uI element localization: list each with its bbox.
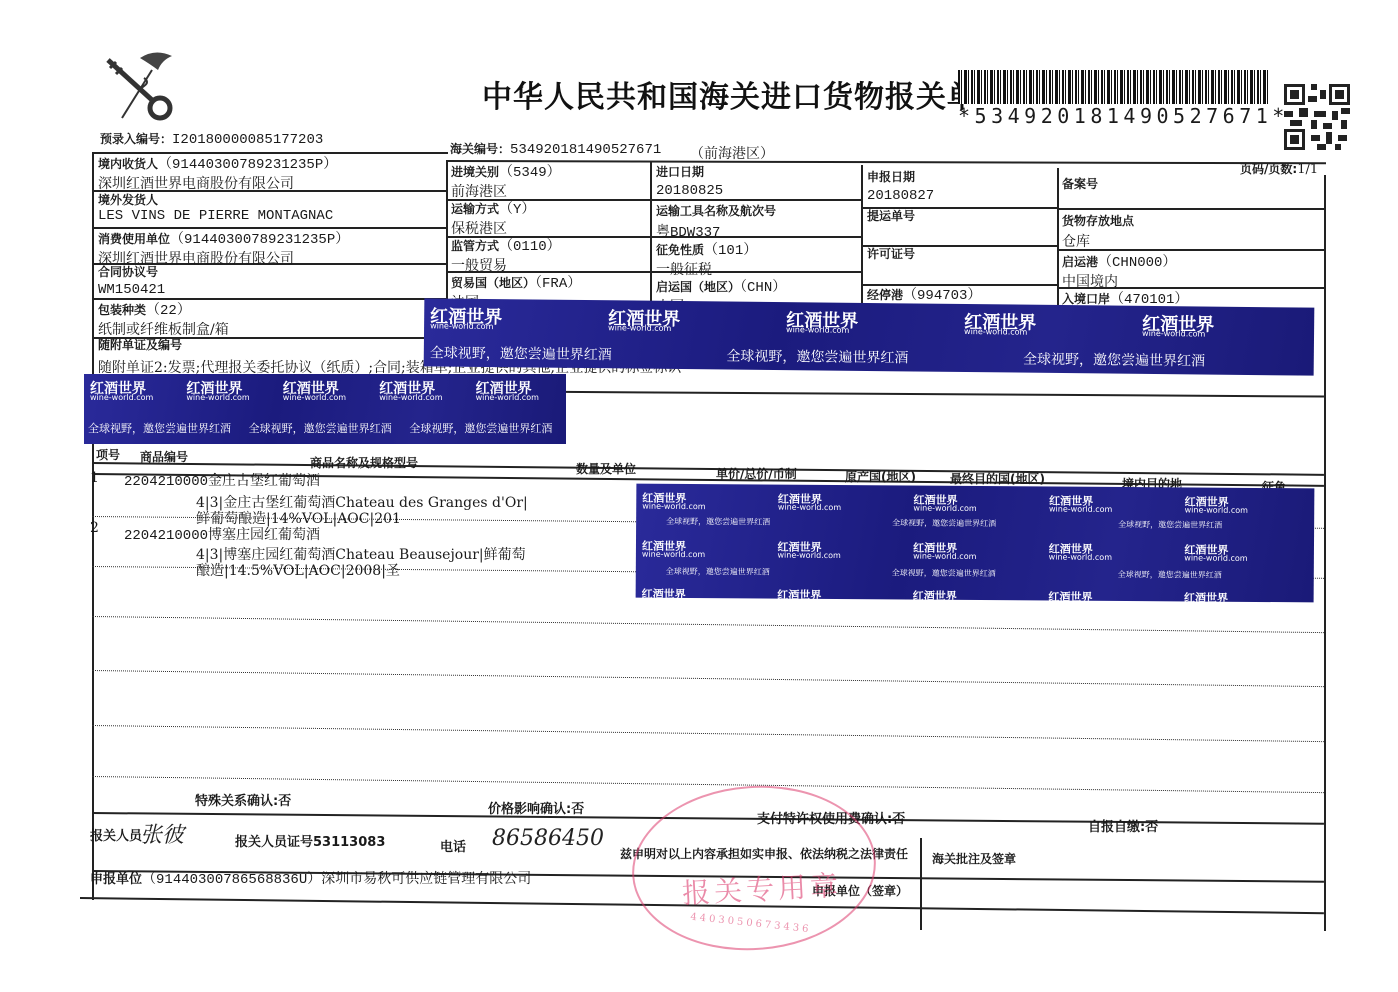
declarer-name: 深圳市易秋可供应链管理有限公司 — [321, 871, 531, 887]
departure-country-code: （CHN） — [740, 280, 786, 296]
declarant-label: 报关人员 — [90, 825, 142, 844]
consignee-field: 境内收货人（91440300789231235P） 深圳红酒世界电商股份有限公司 — [98, 153, 337, 193]
watermark-site: wine-world.com — [777, 599, 840, 603]
watermark-site: wine-world.com — [964, 327, 1027, 337]
pre-entry-number: 预录入编号：I20180000085177203 — [100, 130, 323, 148]
watermark-slogan: 全球视野，邀您尝遍世界红酒 — [666, 516, 770, 528]
customs-emblem-icon — [100, 48, 180, 126]
watermark-logo: 红酒世界 — [777, 587, 821, 603]
package-type-code: （22） — [146, 303, 191, 319]
supervision-label: 监管方式 — [451, 239, 499, 253]
departure-port-label: 启运港 — [1062, 255, 1098, 269]
entry-customs-field: 进境关别（5349） 前海港区 — [451, 161, 561, 201]
departure-port-code: （CHN000） — [1098, 255, 1176, 271]
watermark-slogan: 全球视野，邀您尝遍世界红酒 — [666, 566, 770, 578]
watermark-site: wine-world.com — [283, 393, 346, 402]
record-no-field: 备案号 — [1062, 175, 1098, 192]
contract-no-field: 合同协议号 WM150421 — [98, 263, 165, 298]
watermark-site: wine-world.com — [430, 321, 493, 331]
trade-country-label: 贸易国（地区） — [451, 276, 535, 290]
watermark-slogan: 全球视野，邀您尝遍世界红酒 — [430, 342, 612, 364]
declarant-signature: 张彼 — [140, 818, 184, 849]
customs-no-value: 534920181490527671 — [510, 142, 661, 158]
vessel-label: 运输工具名称及航次号 — [656, 202, 776, 219]
levy-nature-code: （101） — [704, 243, 757, 259]
import-date-label: 进口日期 — [656, 163, 723, 180]
watermark-site: wine-world.com — [186, 393, 249, 402]
bill-no-label: 提运单号 — [867, 207, 915, 224]
col-header-quantity: 数量及单位 — [576, 460, 636, 477]
transport-mode-label: 运输方式 — [451, 202, 499, 216]
qr-code-icon — [1284, 84, 1350, 150]
levy-nature-label: 征免性质 — [656, 243, 704, 257]
contract-no-value: WM150421 — [98, 282, 165, 298]
import-date-field: 进口日期 20180825 — [656, 163, 723, 199]
watermark-slogan: 全球视野，邀您尝遍世界红酒 — [249, 420, 392, 436]
watermark-logo: 红酒世界 — [642, 586, 686, 602]
watermark-slogan: 全球视野，邀您尝遍世界红酒 — [1118, 519, 1222, 531]
row-hs-code: 2204210000 — [124, 528, 208, 544]
declare-date-value: 20180827 — [867, 188, 934, 204]
customs-number: 海关编号：534920181490527671 — [450, 140, 661, 158]
watermark-site: wine-world.com — [1049, 505, 1112, 514]
watermark-site: wine-world.com — [1185, 505, 1248, 514]
row-spec-line2: 酿造|14.5%VOL|AOC|2008|圣 — [196, 560, 400, 580]
bill-no-field: 提运单号 — [867, 207, 915, 224]
watermark-slogan: 全球视野，邀您尝遍世界红酒 — [726, 346, 908, 368]
phone-handwritten: 86586450 — [492, 826, 604, 851]
declarant-cert-no: 报关人员证号53113083 — [235, 831, 385, 850]
consumer-label: 消费使用单位 — [98, 232, 170, 246]
license-no-field: 许可证号 — [867, 245, 915, 262]
watermark-slogan: 全球视野，邀您尝遍世界红酒 — [88, 420, 231, 436]
customs-approval-label: 海关批注及签章 — [932, 850, 1016, 867]
row-item-no: 1 — [90, 470, 99, 486]
declarer-field: 申报单位（91440300786568836U）深圳市易秋可供应链管理有限公司 — [90, 868, 531, 888]
pre-entry-value: I20180000085177203 — [172, 132, 323, 148]
declarer-code: （91440300786568836U） — [142, 872, 321, 888]
customs-no-label: 海关编号： — [450, 142, 510, 156]
vessel-value: 粤BDW337 — [656, 221, 776, 241]
col-header-price: 单价/总价/币制 — [716, 465, 797, 482]
transport-mode-code: （Y） — [499, 202, 535, 218]
consumer-code: （91440300789231235P） — [170, 232, 349, 248]
consignee-code: （91440300789231235P） — [158, 157, 337, 173]
barcode-text: *534920181490527671* — [958, 104, 1289, 128]
watermark-site: wine-world.com — [913, 504, 976, 513]
stop-port-label: 经停港 — [867, 288, 903, 302]
watermark-slogan: 全球视野，邀您尝遍世界红酒 — [892, 567, 996, 579]
watermark-slogan: 全球视野，邀您尝遍世界红酒 — [892, 517, 996, 529]
record-no-label: 备案号 — [1062, 175, 1098, 192]
watermark-site: wine-world.com — [1142, 329, 1205, 339]
vessel-field: 运输工具名称及航次号 粤BDW337 — [656, 202, 776, 241]
pre-entry-label: 预录入编号： — [100, 132, 172, 146]
levy-nature-field: 征免性质（101） 一般征税 — [656, 239, 757, 279]
watermark-site: wine-world.com — [786, 325, 849, 335]
watermark-logo: 红酒世界 — [1184, 589, 1228, 602]
watermark-site: wine-world.com — [642, 550, 705, 559]
transport-mode-field: 运输方式（Y） 保税港区 — [451, 198, 535, 238]
package-type-label: 包装种类 — [98, 303, 146, 317]
col-header-name-spec: 商品名称及规格型号 — [310, 454, 418, 471]
entry-customs-code: （5349） — [499, 165, 561, 181]
col-header-hs-code: 商品编号 — [140, 448, 188, 465]
watermark-site: wine-world.com — [1184, 601, 1247, 602]
package-type-field: 包装种类（22） 纸制或纤维板制盒/箱 — [98, 299, 229, 339]
watermark-site: wine-world.com — [379, 393, 442, 402]
supervision-code: （0110） — [499, 239, 561, 255]
contract-no-label: 合同协议号 — [98, 263, 165, 280]
price-influence-confirm: 价格影响确认:否 — [488, 798, 584, 817]
watermark-site: wine-world.com — [90, 393, 153, 402]
watermark-site: wine-world.com — [913, 552, 976, 561]
import-date-value: 20180825 — [656, 183, 723, 199]
row-hs-code: 2204210000 — [124, 474, 208, 490]
declare-date-label: 申报日期 — [867, 168, 934, 185]
page-label: 页码/页数: — [1240, 162, 1297, 176]
watermark-logo: 红酒世界 — [913, 588, 957, 603]
watermark-site: wine-world.com — [608, 323, 671, 333]
storage-label: 货物存放地点 — [1062, 212, 1134, 229]
watermark-slogan: 全球视野，邀您尝遍世界红酒 — [1023, 349, 1205, 371]
watermark-site: wine-world.com — [642, 502, 705, 511]
consignee-label: 境内收货人 — [98, 157, 158, 171]
col-header-item: 项号 — [96, 446, 120, 463]
watermark-site: wine-world.com — [642, 598, 705, 603]
watermark-site: wine-world.com — [1048, 601, 1111, 603]
watermark-banner: 红酒世界wine-world.com红酒世界wine-world.com红酒世界… — [84, 374, 566, 444]
watermark-slogan: 全球视野，邀您尝遍世界红酒 — [1118, 569, 1222, 581]
entry-port-label: 入境口岸 — [1062, 292, 1110, 306]
col-header-destination-country: 最终目的国(地区) — [950, 470, 1045, 487]
row-item-no: 2 — [90, 520, 99, 536]
watermark-site: wine-world.com — [476, 393, 539, 402]
overseas-consignor-field: 境外发货人 LES VINS DE PIERRE MONTAGNAC — [98, 191, 333, 224]
consumer-field: 消费使用单位（91440300789231235P） 深圳红酒世界电商股份有限公… — [98, 228, 349, 268]
watermark-site: wine-world.com — [777, 551, 840, 560]
page-value: 1/1 — [1297, 162, 1318, 177]
phone-label: 电话 — [440, 836, 466, 855]
supervision-field: 监管方式（0110） 一般贸易 — [451, 235, 561, 275]
row-product-name: 博塞庄园红葡萄酒 — [208, 527, 320, 543]
col-header-origin: 原产国(地区) — [845, 468, 916, 485]
watermark-site: wine-world.com — [1049, 553, 1112, 562]
trade-country-code: （FRA） — [535, 276, 581, 292]
consignee-value: 深圳红酒世界电商股份有限公司 — [98, 173, 337, 193]
declare-date-field: 申报日期 20180827 — [867, 168, 934, 204]
row-product-name: 金庄古堡红葡萄酒 — [208, 473, 320, 489]
watermark-site: wine-world.com — [778, 503, 841, 512]
barcode — [958, 70, 1268, 104]
departure-country-label: 启运国（地区） — [656, 280, 740, 294]
overseas-consignor-label: 境外发货人 — [98, 191, 333, 208]
stop-port-code: （994703） — [903, 288, 981, 304]
departure-port-field: 启运港（CHN000） 中国境内 — [1062, 251, 1176, 291]
overseas-consignor-value: LES VINS DE PIERRE MONTAGNAC — [98, 208, 333, 224]
watermark-slogan: 全球视野，邀您尝遍世界红酒 — [409, 420, 552, 436]
watermark-site: wine-world.com — [913, 600, 976, 603]
self-report-confirm: 自报自缴:否 — [1088, 816, 1158, 835]
watermark-banner: 红酒世界wine-world.com红酒世界wine-world.com红酒世界… — [424, 298, 1315, 375]
document-title: 中华人民共和国海关进口货物报关单 — [482, 72, 978, 116]
storage-value: 仓库 — [1062, 231, 1134, 251]
declarer-label: 申报单位 — [90, 872, 142, 887]
watermark-site: wine-world.com — [1184, 553, 1247, 562]
watermark-banner: 红酒世界wine-world.com红酒世界wine-world.com红酒世界… — [636, 484, 1315, 603]
special-relation-confirm: 特殊关系确认:否 — [195, 790, 291, 809]
stamp-text: 报关专用章 — [681, 864, 843, 912]
entry-customs-label: 进境关别 — [451, 165, 499, 179]
license-no-label: 许可证号 — [867, 245, 915, 262]
storage-field: 货物存放地点 仓库 — [1062, 212, 1134, 251]
